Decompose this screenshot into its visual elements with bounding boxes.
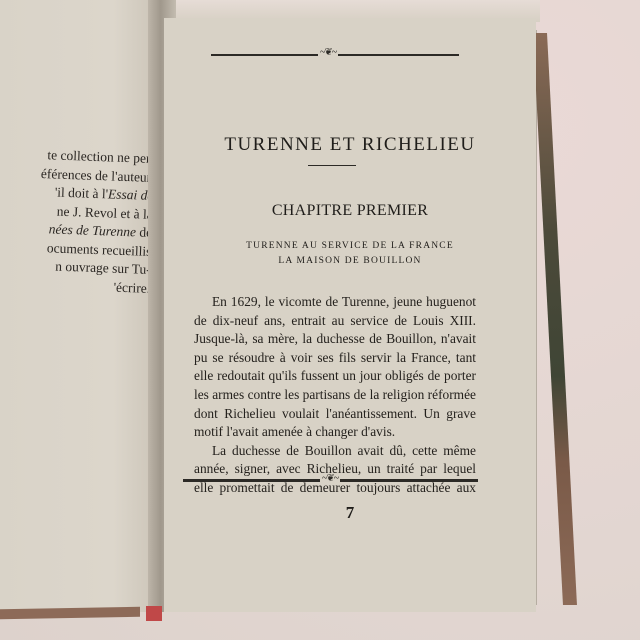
bookmark-ribbon	[146, 606, 162, 621]
italic-title: nées de Turenne	[49, 221, 137, 239]
text-line: En 1629, le vicomte de Turenne, jeune hu…	[194, 293, 476, 312]
page-number: 7	[164, 503, 536, 523]
text-line: motif l'avait amenée à changer d'avis.	[194, 423, 476, 442]
italic-title: Essai de	[108, 186, 154, 203]
chapter-heading: CHAPITRE PREMIER	[164, 202, 536, 220]
text-line: elle redoutait qu'ils fussent un jour ob…	[194, 367, 476, 386]
header-ornament-icon: ~❦~	[318, 48, 338, 58]
chapter-body: En 1629, le vicomte de Turenne, jeune hu…	[194, 293, 476, 498]
text-line: pu se résoudre à voir ses fils servir la…	[194, 349, 476, 368]
chapter-subheading: TURENNE AU SERVICE DE LA FRANCE	[164, 241, 536, 251]
left-page: te collection ne per- éférences de l'aut…	[0, 0, 162, 612]
text-line: de dix-neuf ans, entrait au service de L…	[194, 312, 476, 331]
text-line: La duchesse de Bouillon avait dû, cette …	[194, 442, 476, 461]
text-line: Jusque-là, sa mère, la duchesse de Bouil…	[194, 330, 476, 349]
text-line: dont Richelieu voulait l'anéantissement.…	[194, 405, 476, 424]
left-page-text: te collection ne per- éférences de l'aut…	[0, 145, 155, 298]
running-title: TURENNE ET RICHELIEU	[164, 134, 536, 156]
title-separator	[308, 165, 356, 166]
chapter-subheading: LA MAISON DE BOUILLON	[164, 256, 536, 266]
footer-ornament-icon: ~❦~	[320, 474, 340, 484]
text-line: les armes contre les partisans de la rel…	[194, 386, 476, 405]
